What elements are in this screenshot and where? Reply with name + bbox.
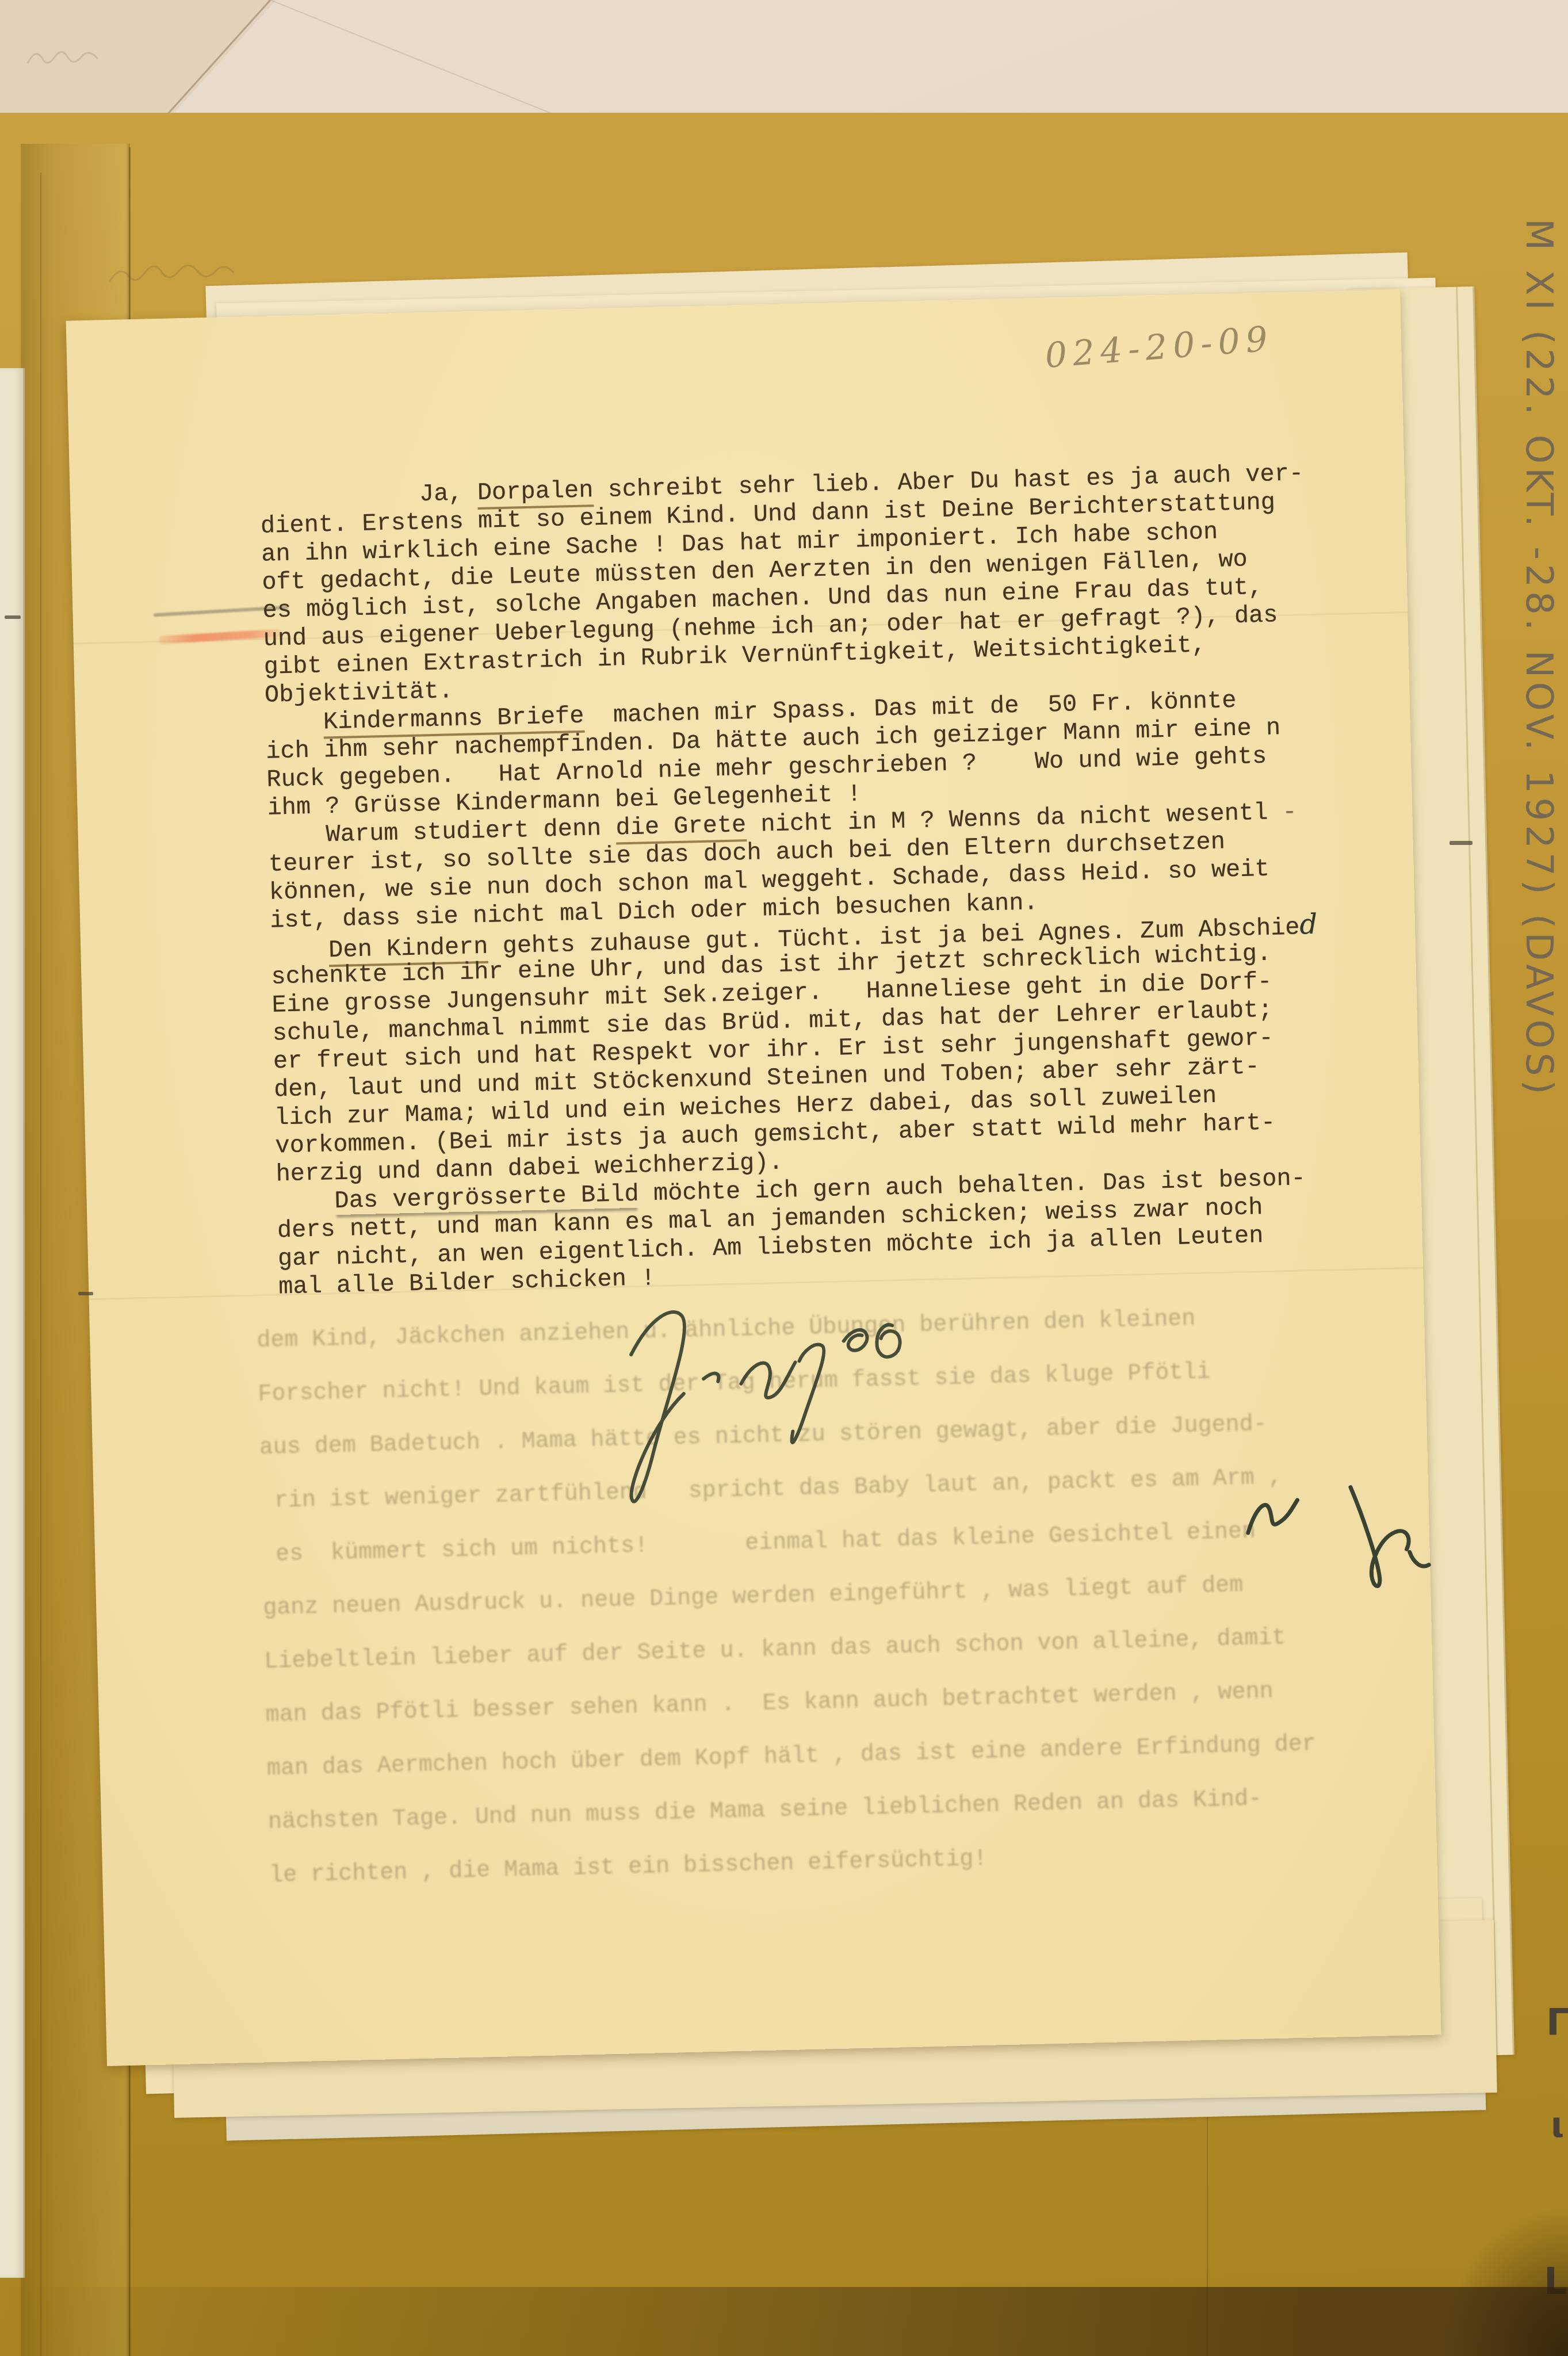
archival-number-annotation: 024-20-09 [1043,305,1448,376]
typed-letter-text: Ja, Dorpalen schreibt sehr lieb. Aber Du… [259,458,1406,1302]
typewritten-letter-page: 024-20-09 Ja, Dorpalen schreibt sehr lie… [66,289,1441,2066]
bottom-shadow [0,2287,1568,2356]
bottom-right-shadow [1441,2206,1568,2356]
faint-wall-scribble [23,35,104,81]
ink-initials-scribble [1232,1451,1443,1605]
folder-crease-spine [40,173,41,2356]
pencil-dash-left-stack [5,615,21,619]
archive-photo-scene: 024-20-09 Ja, Dorpalen schreibt sehr lie… [0,0,1568,2356]
pencil-dash-letter-edge [78,1292,93,1295]
faint-pencil-scribble [104,247,242,299]
pencil-dash-right-stack [1450,841,1473,845]
edge-pencil-mark: Γ [1546,2002,1568,2044]
ink-signature-scribble [595,1279,923,1528]
folder-margin-note: M XI (22. OKT. -28. NOV. 1927) (DAVOS) [1517,219,1560,1242]
edge-pencil-mark: ι [1551,2105,1564,2145]
left-paper-stack [0,368,25,2278]
